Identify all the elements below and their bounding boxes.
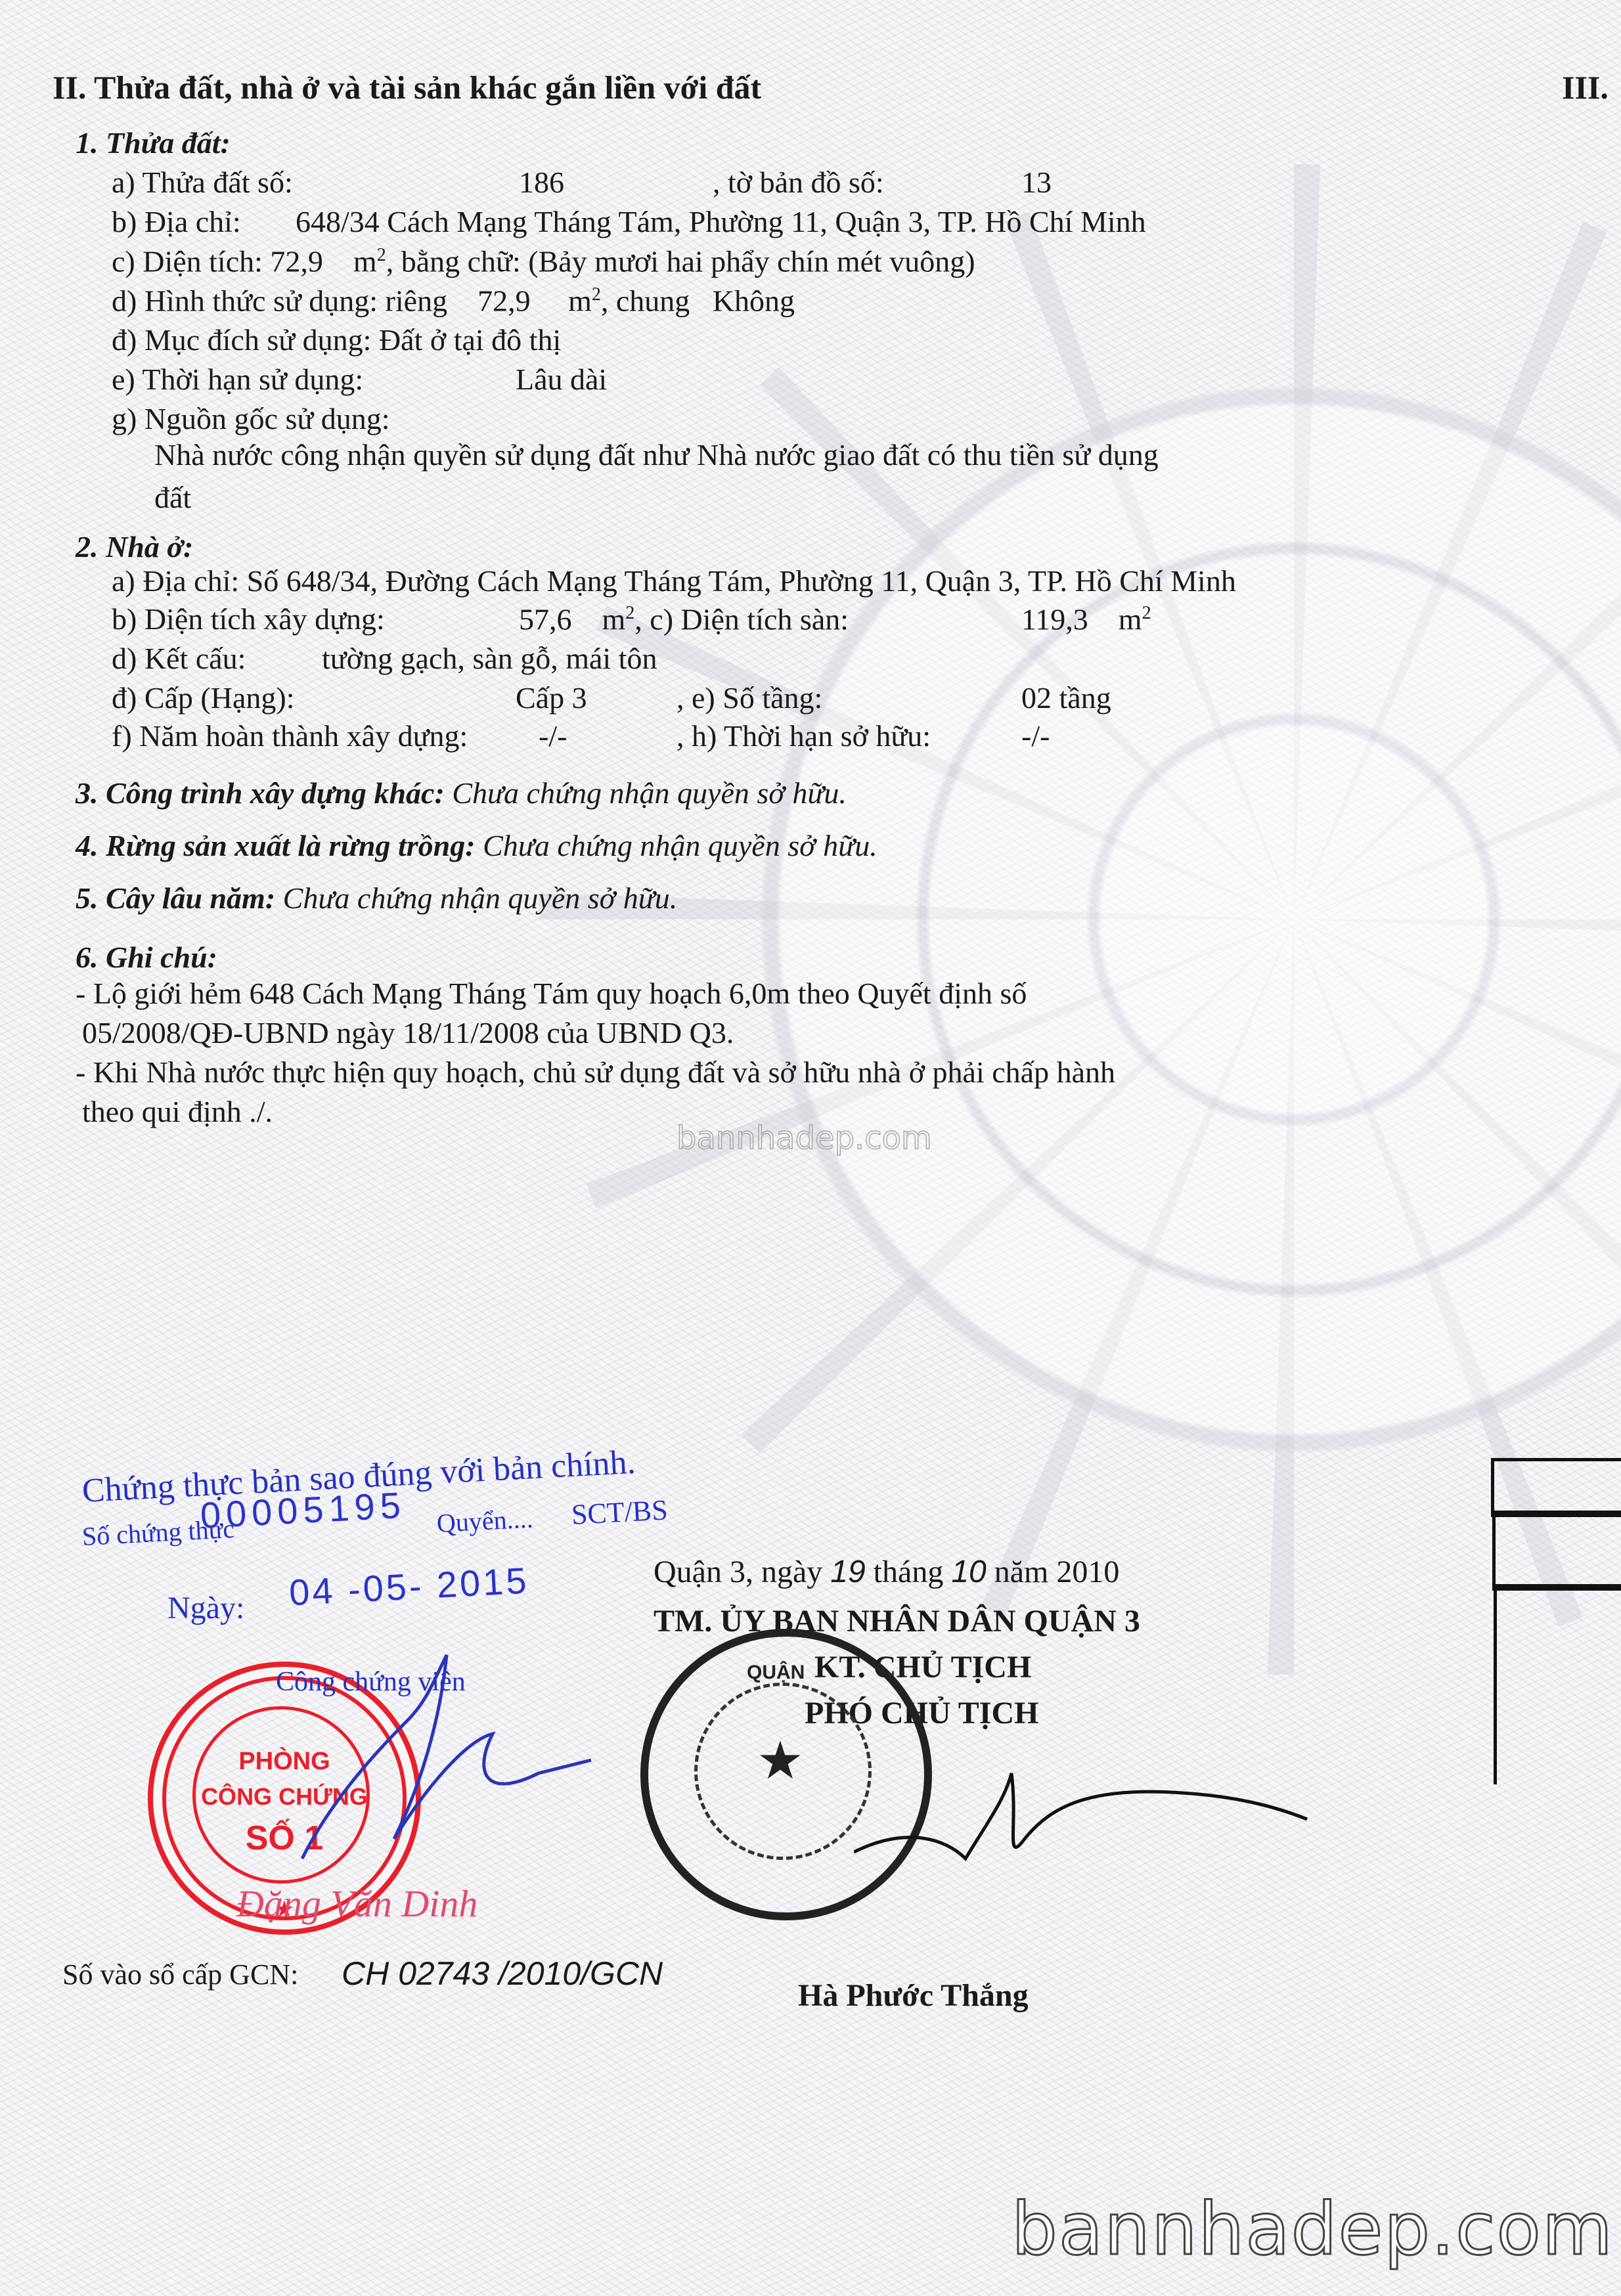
certification-date-label: Ngày:: [167, 1593, 244, 1624]
land-usage-common-value: Không: [713, 284, 795, 317]
signing-organization: TM. ỦY BAN NHÂN DÂN QUẬN 3: [654, 1606, 1140, 1637]
signing-month-label: tháng: [874, 1555, 944, 1589]
perennial-trees-value: Chưa chứng nhận quyền sở hữu.: [283, 881, 678, 915]
house-completion-label: f) Năm hoàn thành xây dựng:: [112, 721, 468, 751]
notary-signature-icon: [276, 1642, 604, 1905]
land-term-label: e) Thời hạn sử dụng:: [112, 364, 363, 395]
land-parcel-label: a) Thửa đất số:: [112, 167, 293, 198]
house-floors-value: 02 tầng: [1021, 683, 1111, 713]
notes-title: 6. Ghi chú:: [76, 942, 217, 973]
chairman-signature-icon: [854, 1760, 1314, 1957]
certification-book-value: SCT/BS: [571, 1495, 669, 1530]
house-built-area-value: 57,6: [519, 602, 572, 636]
house-ownership-term-label: , h) Thời hạn sở hữu:: [677, 721, 931, 751]
side-table-cell: [1494, 1584, 1621, 1784]
land-area-unit: m: [353, 244, 377, 278]
seal-text-top: QUẬN: [747, 1663, 805, 1683]
other-construction-title: 3. Công trình xây dựng khác:: [76, 776, 445, 810]
land-title: 1. Thửa đất:: [76, 128, 231, 158]
land-origin-value-1: Nhà nước công nhận quyền sử dụng đất như…: [154, 440, 1159, 470]
signing-place-date: Quận 3, ngày 19 tháng 10 năm 2010: [654, 1556, 1119, 1588]
note-line: theo qui định ./.: [82, 1097, 273, 1127]
watermark-center: bannhadep.com: [677, 1120, 932, 1157]
house-completion-value: -/-: [539, 721, 567, 751]
perennial-trees: 5. Cây lâu năm: Chưa chứng nhận quyền sở…: [76, 883, 677, 914]
registry-value: CH 02743 /2010/GCN: [342, 1957, 663, 1990]
land-origin-label: g) Nguồn gốc sử dụng:: [112, 404, 390, 434]
house-address: a) Địa chỉ: Số 648/34, Đường Cách Mạng T…: [112, 566, 1236, 596]
land-usage-common-label: , chung: [601, 284, 690, 317]
land-address-value: 648/34 Cách Mạng Tháng Tám, Phường 11, Q…: [296, 207, 1146, 237]
house-floor-area-value: 119,3: [1021, 602, 1088, 636]
seal-star-icon: ★: [757, 1735, 804, 1788]
side-table-cell: [1491, 1458, 1621, 1517]
notary-name: Đặng Văn Dinh: [236, 1885, 477, 1923]
perennial-trees-title: 5. Cây lâu năm:: [76, 881, 275, 915]
house-title: 2. Nhà ở:: [76, 532, 193, 562]
house-grade-label: đ) Cấp (Hạng):: [112, 683, 294, 713]
house-built-area-label: b) Diện tích xây dựng:: [112, 604, 385, 634]
note-line: - Lộ giới hẻm 648 Cách Mạng Tháng Tám qu…: [76, 979, 1027, 1009]
house-floor-area-unit: m: [1119, 602, 1142, 636]
bronze-drum-watermark: [539, 164, 1621, 1675]
signer-name: Hà Phước Thắng: [798, 1980, 1029, 2012]
house-built-area-unit: m: [602, 602, 626, 636]
signing-day: 19: [830, 1555, 865, 1589]
land-term-value: Lâu dài: [516, 364, 607, 395]
house-grade-value: Cấp 3: [516, 683, 587, 713]
signing-month: 10: [951, 1555, 986, 1589]
land-usage-form-label: d) Hình thức sử dụng: riêng: [112, 284, 447, 317]
land-map-value: 13: [1021, 167, 1052, 198]
side-table-cell: [1492, 1511, 1621, 1591]
note-line: - Khi Nhà nước thực hiện quy hoạch, chủ …: [76, 1057, 1115, 1088]
section-header: II. Thửa đất, nhà ở và tài sản khác gắn …: [53, 71, 761, 104]
other-construction: 3. Công trình xây dựng khác: Chưa chứng …: [76, 778, 847, 808]
planted-forest-value: Chưa chứng nhận quyền sở hữu.: [483, 829, 877, 862]
house-structure-value: tường gạch, sàn gỗ, mái tôn: [322, 644, 657, 674]
land-origin-value-2: đất: [154, 483, 191, 513]
land-area: c) Diện tích: 72,9 m2, bằng chữ: (Bảy mư…: [112, 246, 975, 276]
land-usage-unit: m: [568, 284, 592, 317]
signing-year: năm 2010: [994, 1555, 1120, 1589]
land-area-words: , bằng chữ: (Bảy mươi hai phẩy chín mét …: [386, 244, 975, 278]
house-ownership-term-value: -/-: [1021, 721, 1050, 751]
other-construction-value: Chưa chứng nhận quyền sở hữu.: [452, 776, 847, 810]
planted-forest: 4. Rừng sản xuất là rừng trồng: Chưa chứ…: [76, 831, 877, 861]
land-usage-form: d) Hình thức sử dụng: riêng 72,9 m2, chu…: [112, 286, 795, 316]
watermark-bottom: bannhadep.com: [1011, 2187, 1614, 2271]
land-area-label: c) Diện tích: 72,9: [112, 244, 323, 278]
certification-number-value: 00005195: [200, 1487, 407, 1534]
signing-place-prefix: Quận 3, ngày: [654, 1555, 822, 1589]
house-floor-area: 119,3 m2: [1021, 604, 1151, 634]
certification-book-label: Quyển....: [436, 1505, 534, 1537]
land-address-label: b) Địa chỉ:: [112, 207, 241, 237]
planted-forest-title: 4. Rừng sản xuất là rừng trồng:: [76, 829, 476, 862]
land-parcel-value: 186: [519, 167, 564, 198]
certification-date-value: 04 -05- 2015: [288, 1562, 530, 1611]
note-line: 05/2008/QĐ-UBND ngày 18/11/2008 của UBND…: [82, 1018, 734, 1048]
land-purpose: đ) Mục đích sử dụng: Đất ở tại đô thị: [112, 325, 561, 355]
land-usage-private-value: 72,9: [477, 284, 531, 317]
next-section-marker: III.: [1562, 71, 1609, 104]
land-map-label: , tờ bản đồ số:: [713, 167, 884, 198]
house-floors-label: , e) Số tầng:: [677, 683, 822, 713]
registry-label: Số vào sổ cấp GCN:: [62, 1960, 298, 1989]
house-structure-label: d) Kết cấu:: [112, 644, 246, 674]
house-floor-area-label: , c) Diện tích sàn:: [634, 602, 849, 636]
house-built-area: 57,6 m2, c) Diện tích sàn:: [519, 604, 849, 634]
